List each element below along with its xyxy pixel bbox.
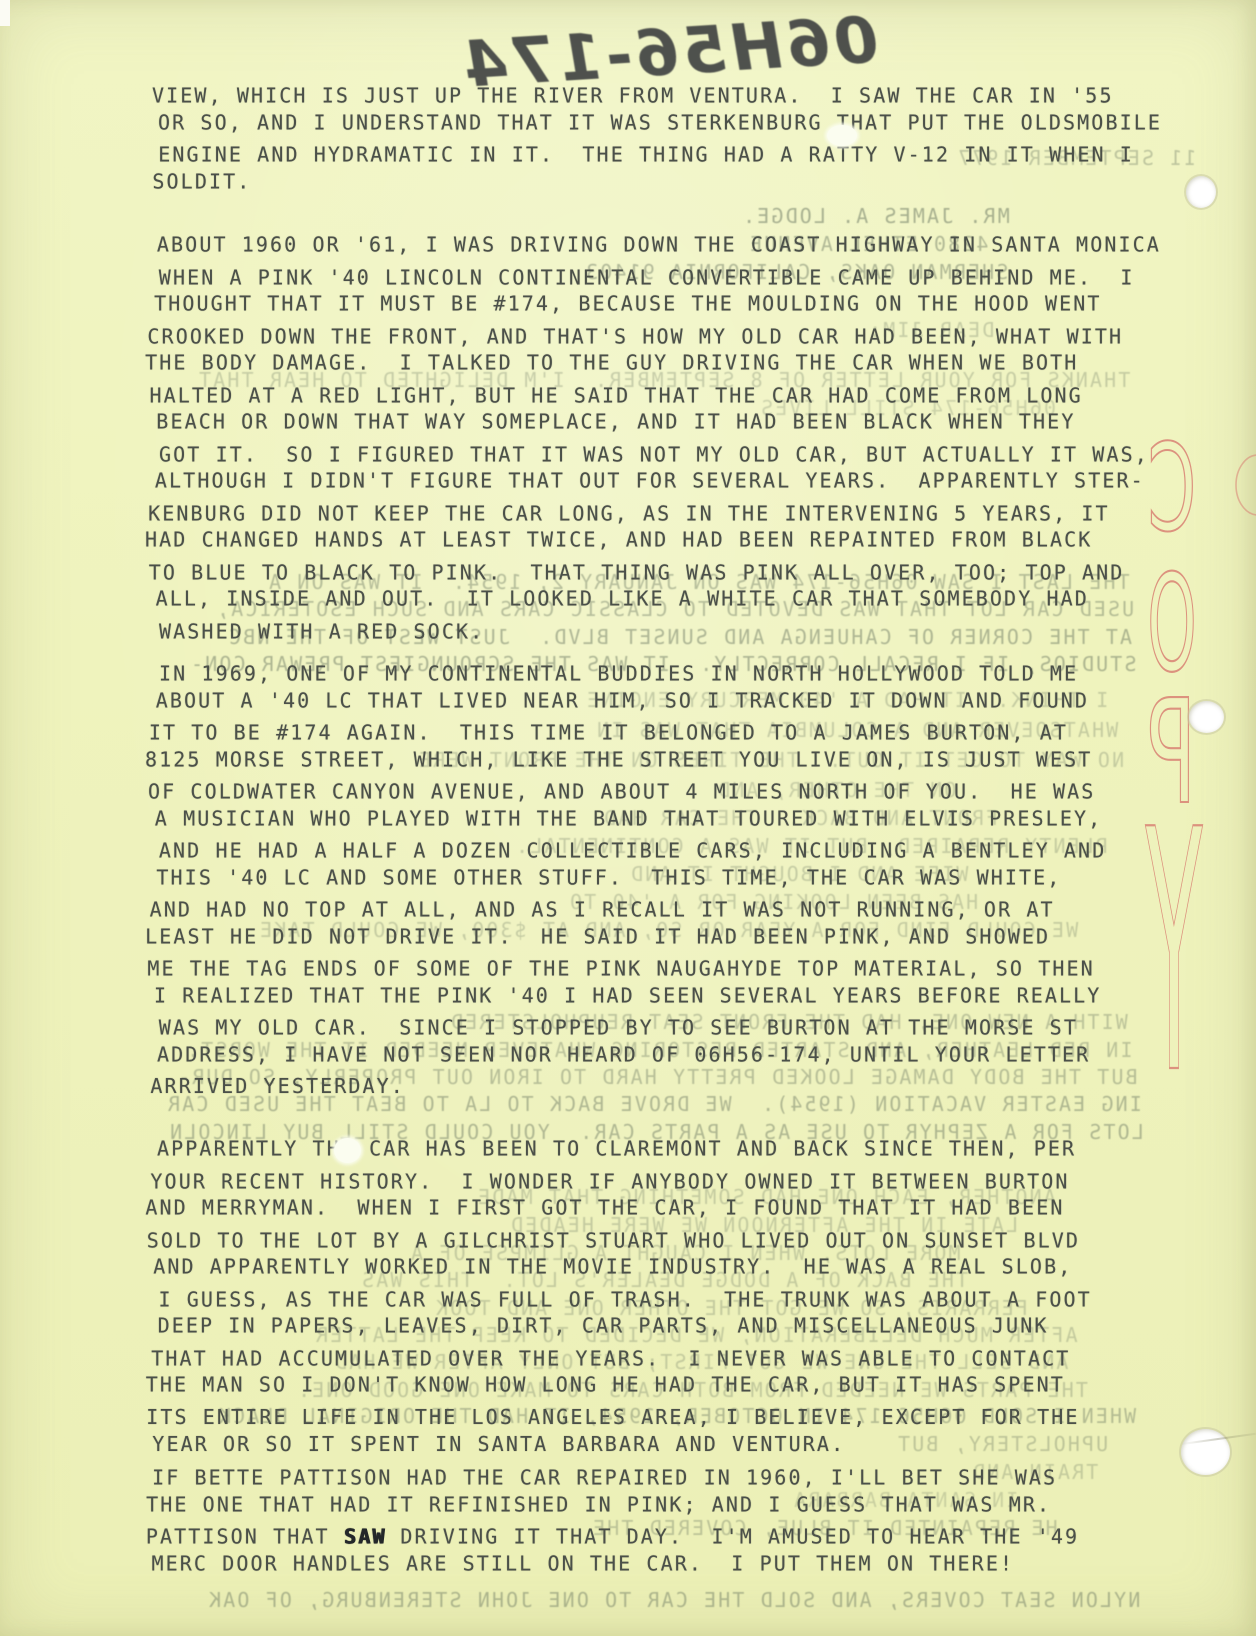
paragraph: VIEW, WHICH IS JUST UP THE RIVER FROM VE… (152, 80, 1162, 198)
stamp-letter: C (1148, 420, 1197, 559)
typed-line: WHEN A PINK '40 LINCOLN CONTINENTAL CONV… (159, 263, 1161, 293)
typed-line: THIS '40 LC AND SOME OTHER STUFF. THIS T… (156, 863, 1106, 893)
typed-line: THOUGHT THAT IT MUST BE #174, BECAUSE TH… (154, 289, 1161, 319)
typed-line: CROOKED DOWN THE FRONT, AND THAT'S HOW M… (147, 322, 1161, 352)
typed-line: ENGINE AND HYDRAMATIC IN IT. THE THING H… (158, 141, 1162, 171)
typed-line: VIEW, WHICH IS JUST UP THE RIVER FROM VE… (152, 82, 1162, 112)
typed-line: APPARENTLY THE CAR HAS BEEN TO CLAREMONT… (157, 1135, 1092, 1165)
ghost-line: MR. JAMES A. LODGE. (741, 204, 1010, 228)
typed-line: ALTHOUGH I DIDN'T FIGURE THAT OUT FOR SE… (155, 467, 1161, 497)
typed-line: DEEP IN PAPERS, LEAVES, DIRT, CAR PARTS,… (158, 1312, 1092, 1342)
paragraph: IF BETTE PATTISON HAD THE CAR REPAIRED I… (152, 1462, 1079, 1580)
ghost-line: NYLON SEAT COVERS, AND SOLD THE CAR TO O… (207, 1588, 1140, 1612)
typed-line: THAT HAD ACCUMULATED OVER THE YEARS. I N… (151, 1344, 1092, 1374)
typed-line: OR SO, AND I UNDERSTAND THAT IT WAS STER… (158, 108, 1162, 137)
letter-page: 11 SEPTEMBER 1977MR. JAMES A. LODGE.4280… (0, 0, 1256, 1636)
punch-hole (1181, 1429, 1230, 1475)
copy-stamp-edge-fragment (1225, 440, 1256, 530)
typed-line: PATTISON THAT SAW DRIVING IT THAT DAY. I… (146, 1522, 1079, 1552)
typed-line: MERC DOOR HANDLES ARE STILL ON THE CAR. … (152, 1549, 1080, 1579)
typed-line: ADDRESS, I HAVE NOT SEEN NOR HEARD OF 06… (157, 1040, 1106, 1070)
typed-line: THE BODY DAMAGE. I TALKED TO THE GUY DRI… (145, 349, 1161, 379)
typed-line: AND MERRYMAN. WHEN I FIRST GOT THE CAR, … (145, 1194, 1092, 1224)
whiteout-blob (334, 1138, 361, 1163)
typed-line: ABOUT 1960 OR '61, I WAS DRIVING DOWN TH… (157, 230, 1161, 260)
typed-line: TO BLUE TO BLACK TO PINK. THAT THING WAS… (149, 558, 1161, 588)
paragraph: APPARENTLY THE CAR HAS BEEN TO CLAREMONT… (152, 1136, 1092, 1461)
typed-line: HAD CHANGED HANDS AT LEAST TWICE, AND HA… (145, 526, 1161, 556)
typed-line: A MUSICIAN WHO PLAYED WITH THE BAND THAT… (155, 804, 1107, 834)
typed-line: KENBURG DID NOT KEEP THE CAR LONG, AS IN… (148, 499, 1161, 529)
typed-line: WAS MY OLD CAR. SINCE I STOPPED BY TO SE… (159, 1013, 1107, 1043)
paragraph: ABOUT 1960 OR '61, I WAS DRIVING DOWN TH… (152, 232, 1161, 645)
typed-line: IN 1969, ONE OF MY CONTINENTAL BUDDIES I… (159, 660, 1106, 690)
typed-line: ME THE TAG ENDS OF SOME OF THE PINK NAUG… (147, 954, 1106, 984)
whiteout-blob (827, 125, 857, 146)
typed-line: 8125 MORSE STREET, WHICH, LIKE THE STREE… (145, 745, 1106, 775)
paragraph: IN 1969, ONE OF MY CONTINENTAL BUDDIES I… (152, 658, 1106, 1101)
copy-stamp: COPY (1095, 420, 1245, 1110)
punch-hole (1186, 176, 1216, 208)
typed-line: ITS ENTIRE LIFE IN THE LOS ANGELES AREA,… (146, 1403, 1092, 1433)
typed-line: BEACH OR DOWN THAT WAY SOMEPLACE, AND IT… (156, 408, 1161, 438)
punch-hole (1189, 701, 1224, 733)
typed-line: IT TO BE #174 AGAIN. THIS TIME IT BELONG… (149, 719, 1107, 749)
typed-line: ALL, INSIDE AND OUT. IT LOOKED LIKE A WH… (156, 585, 1161, 615)
typed-line: YOUR RECENT HISTORY. I WONDER IF ANYBODY… (150, 1167, 1091, 1197)
typed-line: THE MAN SO I DON'T KNOW HOW LONG HE HAD … (146, 1371, 1092, 1401)
typed-line: OF COLDWATER CANYON AVENUE, AND ABOUT 4 … (148, 778, 1106, 808)
typed-line: AND HAD NO TOP AT ALL, AND AS I RECALL I… (150, 895, 1107, 925)
typed-line: ARRIVED YESTERDAY. (150, 1072, 1106, 1102)
typed-line: I GUESS, AS THE CAR WAS FULL OF TRASH. T… (159, 1285, 1092, 1315)
typed-line: SOLDIT. (152, 167, 1162, 197)
typed-line: AND HE HAD A HALF A DOZEN COLLECTIBLE CA… (159, 836, 1106, 866)
typed-line: SOLD TO THE LOT BY A GILCHRIST STUART WH… (147, 1226, 1092, 1256)
stamp-letter: Y (1145, 759, 1203, 1110)
typed-line: ABOUT A '40 LC THAT LIVED NEAR HIM, SO I… (156, 686, 1107, 716)
typed-line: THE ONE THAT HAD IT REFINISHED IN PINK; … (146, 1490, 1079, 1520)
typed-line: YEAR OR SO IT SPENT IN SANTA BARBARA AND… (152, 1430, 1092, 1460)
scan-edge-artifact (0, 0, 10, 26)
typed-line: IF BETTE PATTISON HAD THE CAR REPAIRED I… (152, 1463, 1079, 1493)
overstruck-word: SAW (344, 1524, 386, 1548)
typed-line: WASHED WITH A RED SOCK. (159, 617, 1161, 647)
typed-line: AND APPARENTLY WORKED IN THE MOVIE INDUS… (153, 1253, 1092, 1283)
typed-line: GOT IT. SO I FIGURED THAT IT WAS NOT MY … (159, 440, 1161, 470)
typed-line: HALTED AT A RED LIGHT, BUT HE SAID THAT … (150, 381, 1161, 411)
typed-line: I REALIZED THAT THE PINK '40 I HAD SEEN … (154, 981, 1106, 1011)
typed-line: LEAST HE DID NOT DRIVE IT. HE SAID IT HA… (145, 922, 1106, 952)
